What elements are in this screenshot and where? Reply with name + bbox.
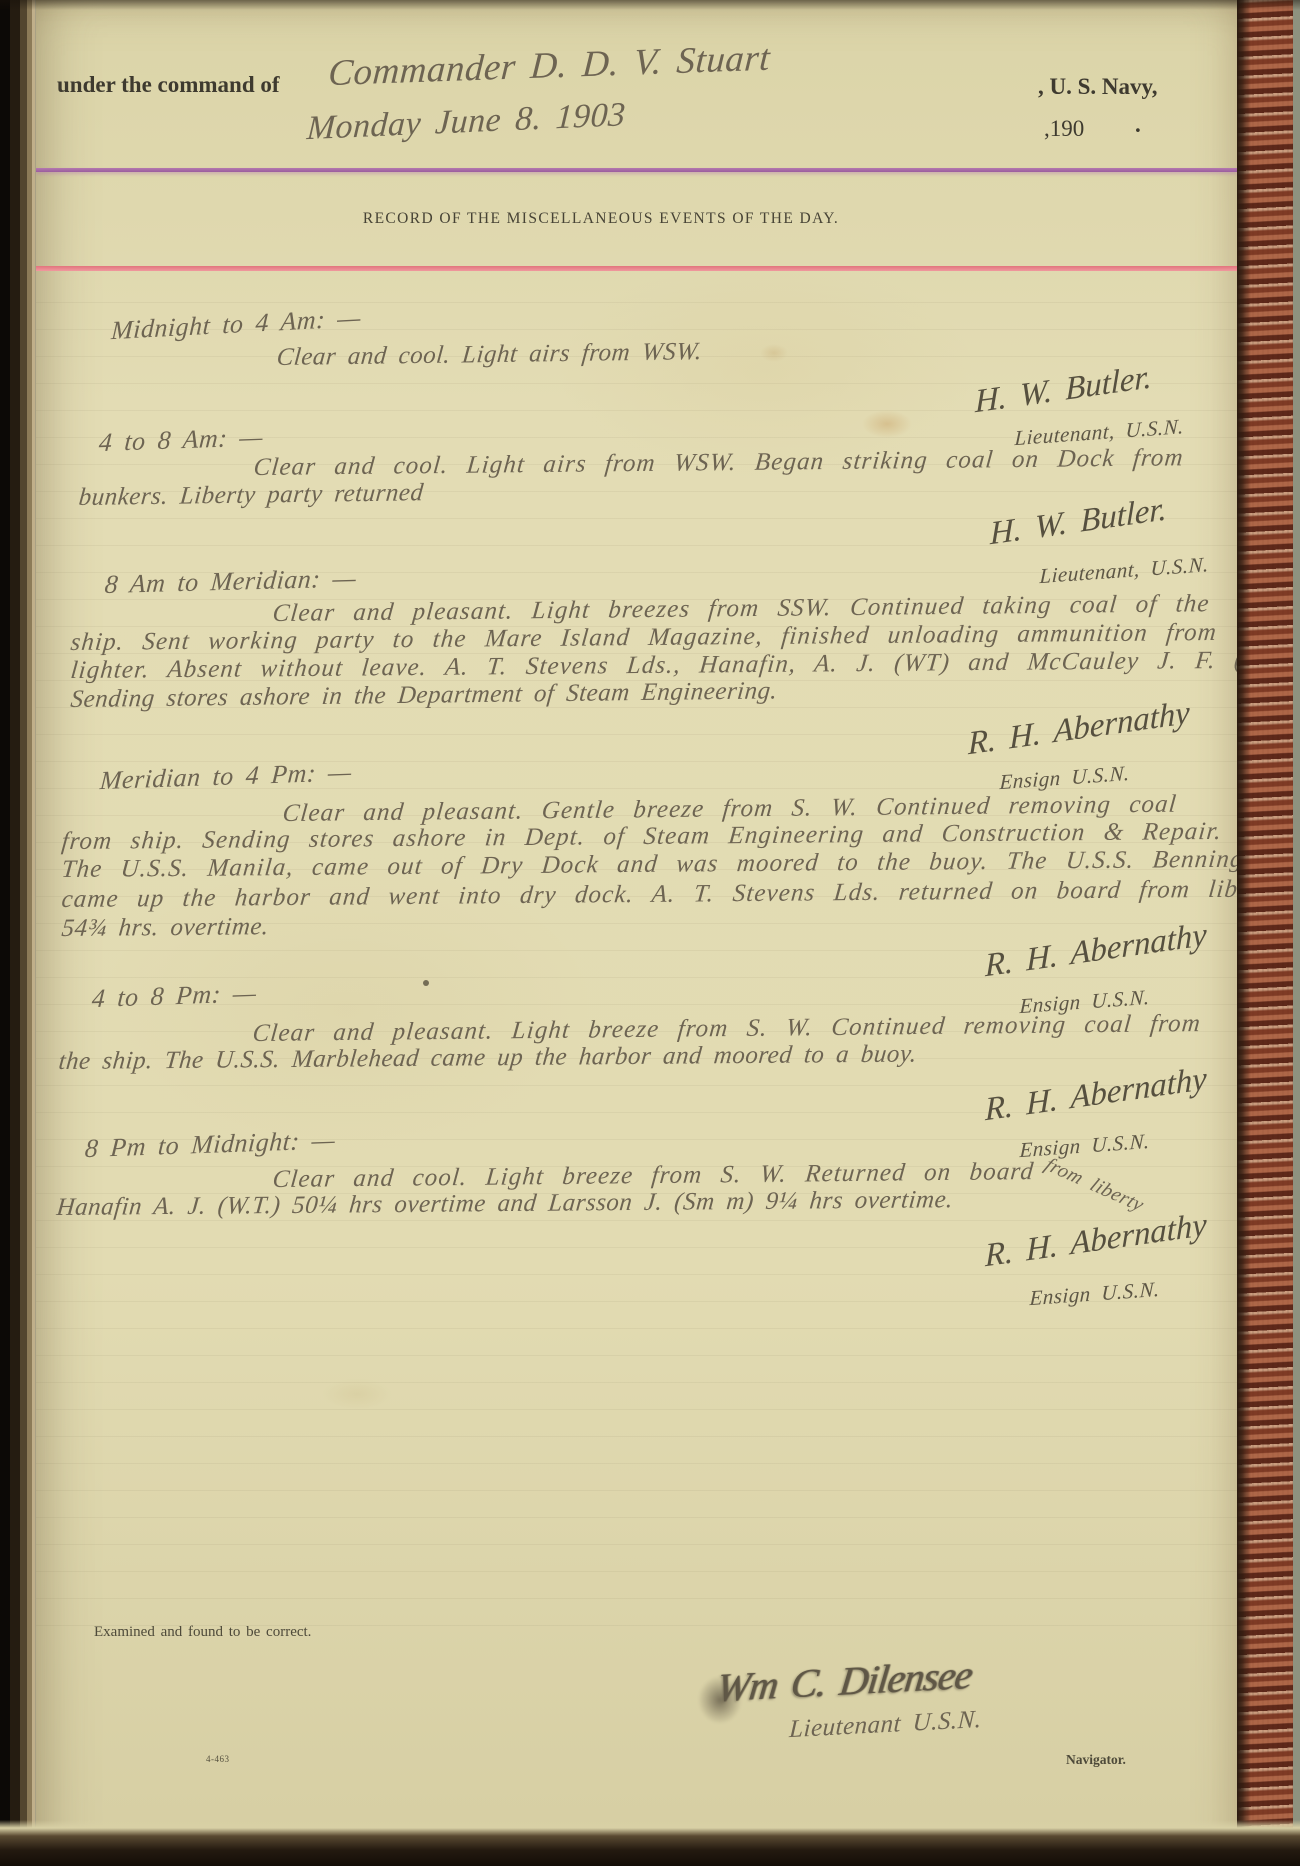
log-line: Clear and cool. Light airs from WSW.	[275, 338, 703, 372]
scan-background-edge	[1293, 0, 1300, 1866]
scan-shadow-bottom	[0, 1820, 1300, 1866]
commander-name-handwritten: Commander D. D. V. Stuart	[327, 37, 772, 96]
watch-heading: 4 to 8 Pm: —	[91, 978, 258, 1014]
form-number: 4-463	[206, 1754, 230, 1764]
navigator-rank: Lieutenant U.S.N.	[789, 1706, 983, 1744]
watch-heading: 4 to 8 Am: —	[98, 422, 264, 458]
logbook-paper: under the command of Commander D. D. V. …	[36, 0, 1237, 1866]
book-gutter-left	[0, 0, 36, 1866]
printed-navy-suffix: , U. S. Navy,	[1038, 74, 1158, 100]
logbook-page-scan: under the command of Commander D. D. V. …	[0, 0, 1300, 1866]
date-handwritten: Monday June 8. 1903	[306, 96, 627, 148]
printed-year-prefix: ,190	[1044, 116, 1084, 142]
printed-year-period: .	[1135, 112, 1141, 138]
navigator-title-printed: Navigator.	[1066, 1752, 1126, 1768]
printed-command-prefix: under the command of	[57, 72, 280, 98]
examined-statement: Examined and found to be correct.	[94, 1624, 311, 1641]
scan-shadow-top	[0, 0, 1300, 10]
book-edge-marbled	[1237, 0, 1293, 1866]
log-line: 54¾ hrs. overtime.	[60, 913, 270, 943]
navigator-signature: Wm C. Dilensee	[714, 1651, 974, 1712]
pink-rule-line	[36, 266, 1237, 271]
log-line: bunkers. Liberty party returned	[77, 479, 424, 512]
purple-rule-line	[36, 168, 1237, 172]
section-title: RECORD OF THE MISCELLANEOUS EVENTS OF TH…	[36, 210, 1166, 228]
